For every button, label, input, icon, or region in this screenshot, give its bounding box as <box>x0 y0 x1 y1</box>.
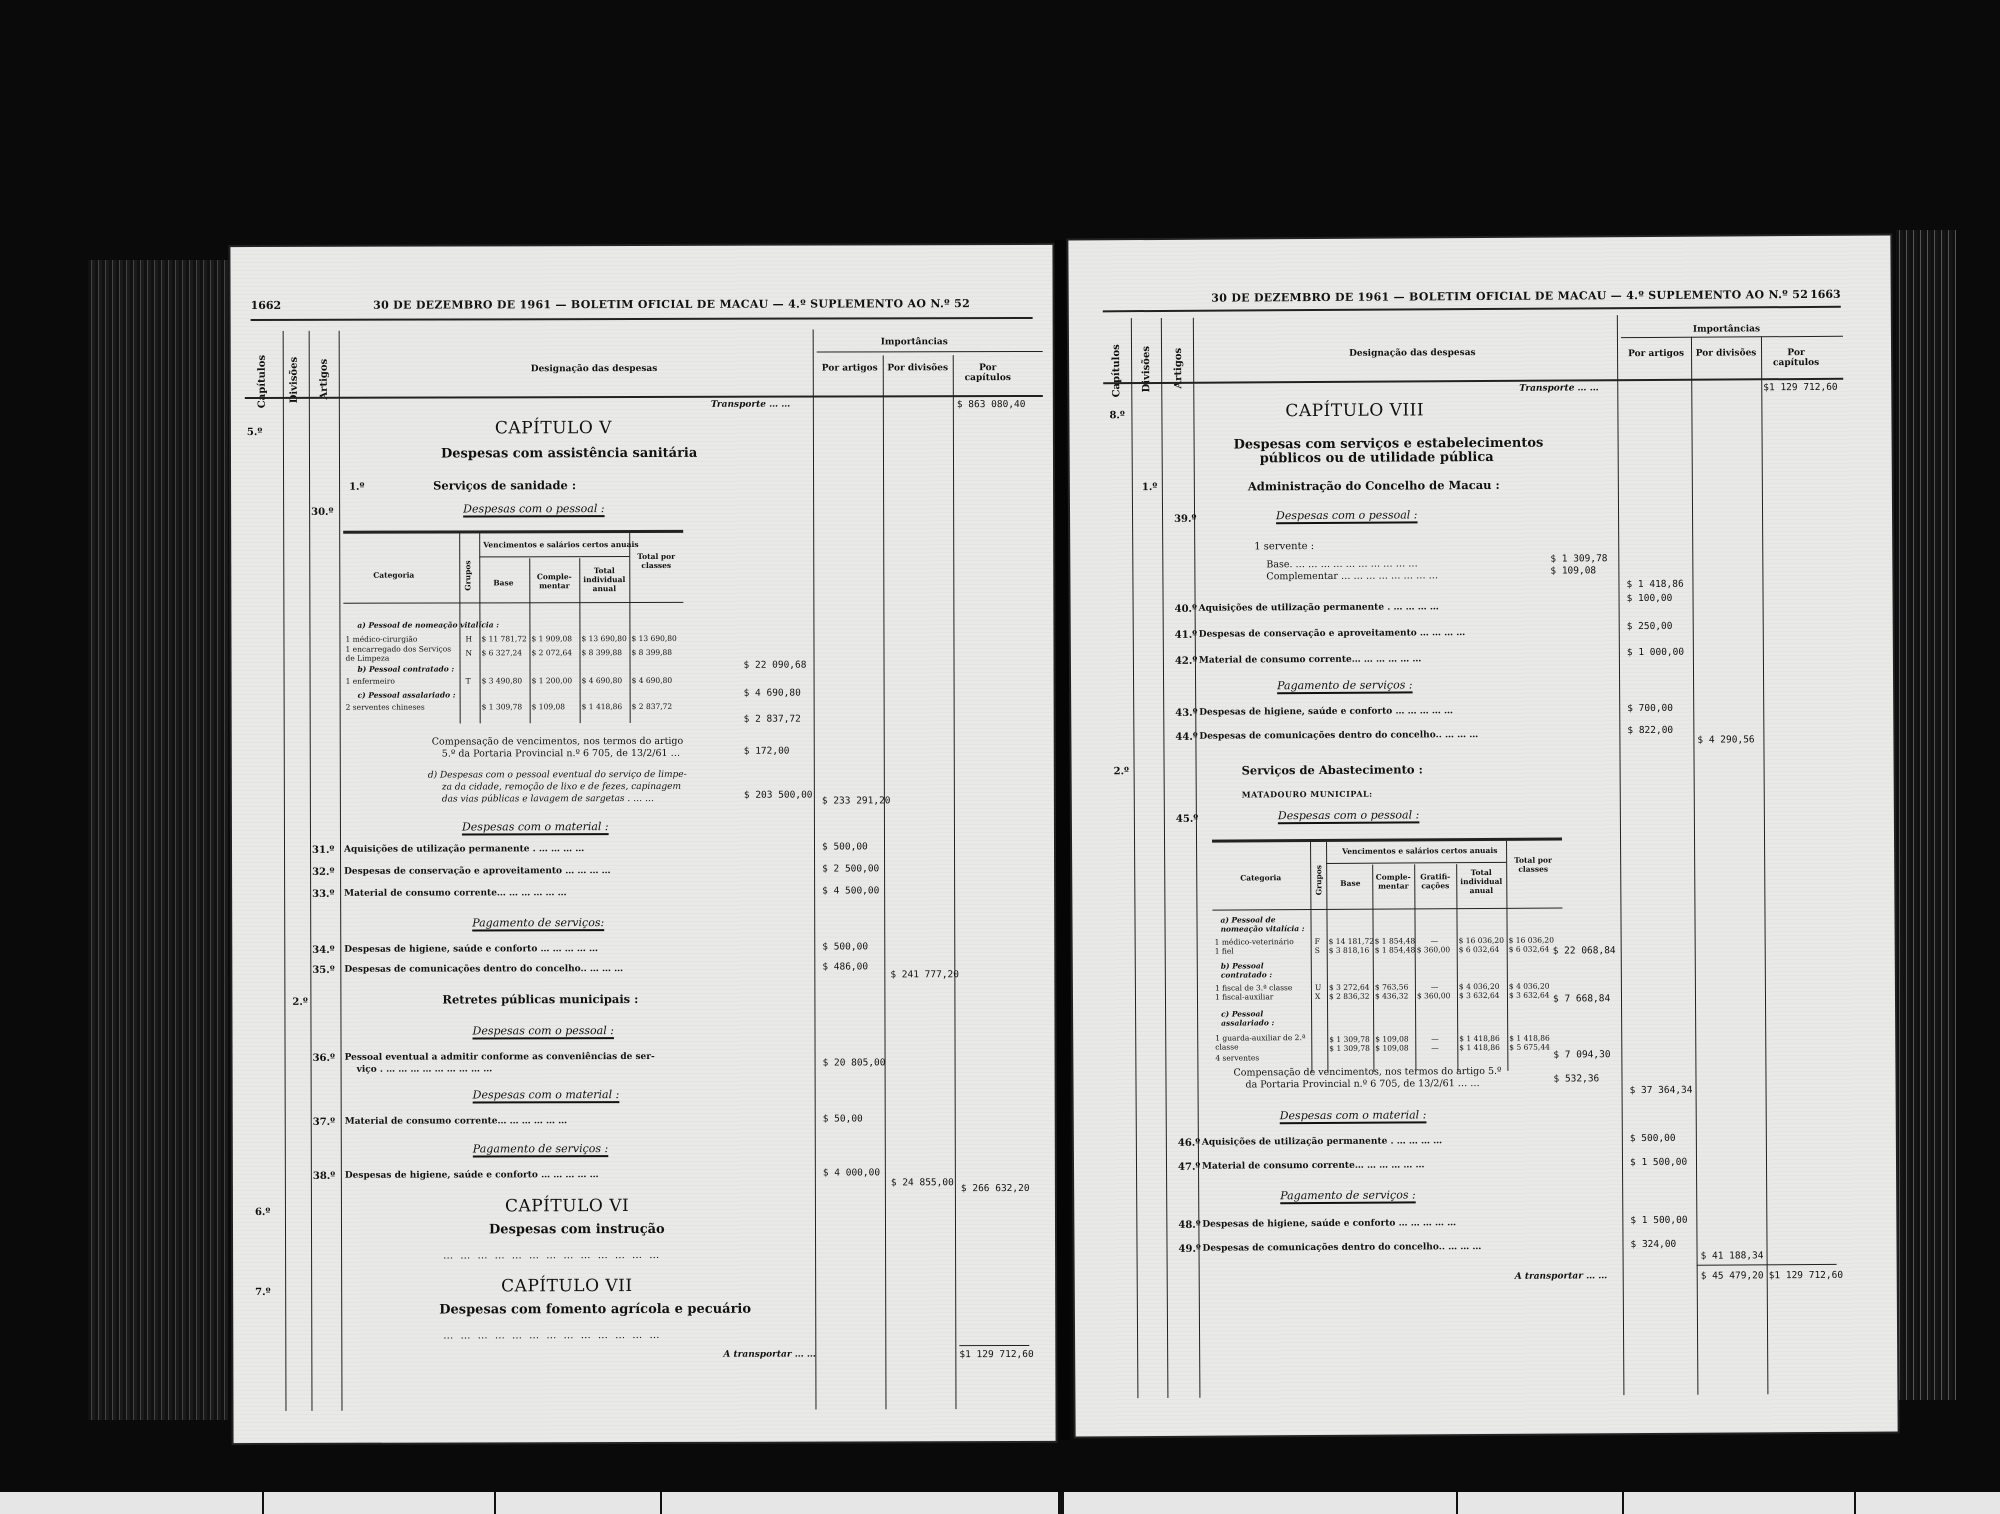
item-value: $ 203 500,00 <box>744 790 813 801</box>
filler-dots: … … … … … … … … … … … … … <box>443 1330 661 1342</box>
article-value: $ 700,00 <box>1627 703 1673 714</box>
column-line <box>1761 336 1769 1394</box>
book-page-edges-right <box>1896 230 1956 1400</box>
item-text: das vias públicas e lavagem de sargetas … <box>442 794 654 805</box>
table-cell: $ 3 632,64 <box>1459 991 1500 1000</box>
article-value: $ 500,00 <box>1630 1133 1676 1144</box>
article-value: $ 20 805,00 <box>823 1057 886 1068</box>
article-label: Aquisições de utilização permanente . … … <box>1199 602 1439 613</box>
chapter-title: CAPÍTULO V <box>495 418 612 438</box>
table-cell: $ 14 181,72 <box>1329 937 1374 946</box>
item-text: Complementar … … … … … … … … <box>1266 570 1438 582</box>
divider <box>1103 378 1843 384</box>
article-label: Despesas de comunicações dentro do conce… <box>344 964 623 975</box>
table-cell: $ 1 418,86 <box>1459 1043 1500 1052</box>
col-header-por-capitulos: Por capítulos <box>957 363 1019 383</box>
table-cell: S <box>1315 946 1320 955</box>
table-header: Total individual anual <box>581 566 627 593</box>
table-cell: $ 1 854,48 <box>1375 936 1416 945</box>
subdivision-title: MATADOURO MUNICIPAL: <box>1242 789 1373 800</box>
article-number: 47.º <box>1178 1162 1200 1173</box>
table-section-label: b) Pessoal contratado : <box>358 664 455 673</box>
section-label: Despesas com o pessoal : <box>463 502 604 515</box>
table-header: Total por classes <box>633 552 679 570</box>
division-total: $ 24 855,00 <box>891 1177 954 1188</box>
carry-forward-label: A transportar … … <box>1515 1271 1608 1282</box>
compensation-value: $ 172,00 <box>744 746 790 757</box>
article-label: Material de consumo corrente… … … … … … <box>1202 1160 1425 1171</box>
article-number: 46.º <box>1178 1138 1200 1149</box>
carry-forward-label: A transportar … … <box>723 1350 816 1360</box>
article-number: 31.º <box>312 845 334 856</box>
table-cell: $ 3 818,16 <box>1329 946 1370 955</box>
table-header: Categoria <box>1240 873 1281 882</box>
table-cell: 1 médico-veterinário <box>1215 937 1294 946</box>
column-line <box>1193 318 1201 1398</box>
table-cell: $ 6 032,64 <box>1459 945 1500 954</box>
chapter-number: 8.º <box>1109 410 1125 421</box>
table-cell: $ 763,56 <box>1375 982 1408 991</box>
article-value: $ 500,00 <box>822 841 868 852</box>
table-cell: 1 guarda-auxiliar de 2.ª classe <box>1215 1033 1309 1052</box>
subtotal: $ 22 090,68 <box>744 660 807 671</box>
compensation-value: $ 532,36 <box>1553 1073 1599 1084</box>
chapter-number: 5.º <box>247 427 262 438</box>
table-header: Base <box>1340 879 1360 888</box>
article-label: Aquisições de utilização permanente . … … <box>344 844 584 855</box>
article-number: 45.º <box>1176 814 1198 825</box>
subtotal: $ 4 690,80 <box>744 688 801 699</box>
item-text: za da cidade, remoção de lixo e de fezes… <box>442 782 681 793</box>
table-cell: H <box>465 634 472 643</box>
chapter-subtitle: públicos ou de utilidade pública <box>1260 450 1494 466</box>
division-title: Serviços de sanidade : <box>433 478 576 492</box>
chapter-total: $ 266 632,20 <box>961 1183 1030 1194</box>
chapter-subtitle: Despesas com instrução <box>489 1222 665 1237</box>
subtotal: $ 7 668,84 <box>1553 993 1610 1004</box>
table-cell: $ 1 909,08 <box>531 634 572 643</box>
carry-forward-value: $1 129 712,60 <box>1769 1270 1843 1281</box>
article-label: Material de consumo corrente… … … … … … <box>344 888 566 899</box>
table-cell: $ 1 854,48 <box>1375 945 1416 954</box>
table-cell: $ 1 418,86 <box>1509 1034 1550 1043</box>
column-line <box>339 331 343 1411</box>
table-cell: $ 109,08 <box>1375 1043 1408 1052</box>
table-cell: 1 encarregado dos Serviços de Limpeza <box>345 644 457 662</box>
chapter-number: 7.º <box>255 1287 270 1298</box>
article-number: 32.º <box>312 867 334 878</box>
article-number: 40.º <box>1175 604 1197 615</box>
table-cell: $ 360,00 <box>1417 945 1450 954</box>
table-header: Grupos <box>463 560 472 590</box>
article-value: $ 4 000,00 <box>823 1167 880 1178</box>
chapter-title: CAPÍTULO VII <box>501 1276 633 1296</box>
column-line <box>1161 318 1169 1398</box>
divider <box>251 317 1033 321</box>
table-cell: N <box>465 648 472 657</box>
table-header: Total por classes <box>1508 856 1558 874</box>
table-header: Comple-mentar <box>531 572 577 590</box>
item-text: Base. … … … … … … … … … … <box>1266 558 1417 570</box>
table-cell: $ 1 418,86 <box>582 702 623 711</box>
article-value: $ 1 000,00 <box>1627 647 1684 658</box>
column-line <box>953 355 957 1409</box>
article-number: 34.º <box>312 945 334 956</box>
article-number: 39.º <box>1174 514 1196 525</box>
chapter-subtitle: Despesas com assistência sanitária <box>441 446 697 462</box>
divider <box>817 351 1043 353</box>
article-total: $ 233 291,20 <box>822 795 891 806</box>
article-label: Despesas de comunicações dentro do conce… <box>1202 1242 1481 1254</box>
table-cell: $ 3 490,80 <box>482 676 523 685</box>
table-cell: $ 6 327,24 <box>481 648 522 657</box>
article-number: 41.º <box>1175 630 1197 641</box>
table-header: Total individual anual <box>1458 868 1504 895</box>
col-header-divisoes: Divisões <box>1141 346 1152 392</box>
table-cell: $ 1 309,78 <box>1329 1035 1370 1044</box>
left-page: 1662 30 DE DEZEMBRO DE 1961 — BOLETIM OF… <box>230 245 1055 1443</box>
article-number: 37.º <box>313 1117 335 1128</box>
article-value: $ 4 500,00 <box>822 885 879 896</box>
article-value: $ 100,00 <box>1627 593 1673 604</box>
table-cell: — <box>1431 1043 1439 1052</box>
col-header-por-artigos: Por artigos <box>819 363 881 373</box>
article-value: $ 486,00 <box>822 961 868 972</box>
article-number: 30.º <box>311 507 333 518</box>
table-cell: $ 2 072,64 <box>531 648 572 657</box>
article-value: $ 50,00 <box>823 1113 863 1124</box>
salary-table: Vencimentos e salários certos anuais Cat… <box>1212 838 1563 1076</box>
col-header-importancias: Importâncias <box>881 337 948 347</box>
table-cell: F <box>1315 937 1320 946</box>
article-label: Pessoal eventual a admitir conforme as c… <box>345 1052 655 1063</box>
table-cell: $ 2 837,72 <box>632 702 673 711</box>
table-section-label: c) Pessoal assalariado : <box>358 690 456 699</box>
table-cell: — <box>1431 982 1439 991</box>
divider <box>1621 336 1843 338</box>
compensation-text: Compensação de vencimentos, nos termos d… <box>1233 1066 1501 1079</box>
col-header-importancias: Importâncias <box>1693 324 1760 334</box>
article-value: $ 1 418,86 <box>1626 579 1683 590</box>
article-number: 49.º <box>1178 1244 1200 1255</box>
division-total: $ 241 777,20 <box>890 969 959 980</box>
table-section-label: b) Pessoal contratado : <box>1221 961 1309 980</box>
table-cell: 1 enfermeiro <box>346 677 395 686</box>
table-cell: 1 fiscal de 3.ª classe <box>1215 983 1292 992</box>
column-line <box>883 355 887 1409</box>
table-section-label: a) Pessoal de nomeação vitalícia : <box>357 620 499 629</box>
article-value: $ 822,00 <box>1627 725 1673 736</box>
article-number: 43.º <box>1175 708 1197 719</box>
table-group-header: Vencimentos e salários certos anuais <box>483 540 638 549</box>
chapter-title: CAPÍTULO VIII <box>1285 400 1424 421</box>
table-cell: $ 1 309,78 <box>1329 1044 1370 1053</box>
table-cell: 1 médico-cirurgião <box>345 635 417 644</box>
table-cell: $ 1 309,78 <box>482 702 523 711</box>
transporte-value: $ 863 080,40 <box>957 399 1026 410</box>
chapter-number: 6.º <box>255 1207 270 1218</box>
divider <box>245 395 1043 399</box>
section-label: Despesas com o material : <box>1280 1108 1427 1122</box>
section-label: Despesas com o material : <box>473 1088 620 1101</box>
col-header-designacao: Designação das despesas <box>531 364 658 374</box>
column-line <box>1691 337 1699 1395</box>
article-label: Despesas de higiene, saúde e conforto … … <box>1199 706 1453 718</box>
article-value: $ 1 500,00 <box>1630 1215 1687 1226</box>
table-cell: — <box>1431 936 1439 945</box>
article-label: Material de consumo corrente… … … … … … <box>345 1116 567 1127</box>
book-spine <box>1054 240 1070 1440</box>
table-cell: $ 1 418,86 <box>1459 1034 1500 1043</box>
table-cell: $ 11 781,72 <box>481 634 526 643</box>
article-label: Despesas de higiene, saúde e conforto … … <box>345 1170 599 1181</box>
table-section-label: c) Pessoal assalariado : <box>1221 1009 1309 1028</box>
article-label: Aquisições de utilização permanente . … … <box>1202 1136 1442 1147</box>
article-number: 33.º <box>312 889 334 900</box>
article-label: Despesas de comunicações dentro do conce… <box>1199 730 1478 742</box>
col-header-capitulos: Capítulos <box>257 355 268 408</box>
carry-forward-value: $1 129 712,60 <box>959 1349 1033 1360</box>
subtotal: $ 22 068,84 <box>1553 945 1616 956</box>
division-number: 1.º <box>349 482 364 493</box>
article-number: 35.º <box>312 965 334 976</box>
table-cell: X <box>1315 992 1320 1001</box>
article-label: Despesas de conservação e aproveitamento… <box>1199 628 1466 640</box>
table-cell: $ 16 036,20 <box>1459 936 1504 945</box>
compensation-text: 5.º da Portaria Provincial n.º 6 705, de… <box>442 748 680 760</box>
section-label: Despesas com o pessoal : <box>472 1024 613 1037</box>
division-title: Administração do Concelho de Macau : <box>1248 478 1500 494</box>
table-cell: $ 2 836,32 <box>1329 992 1370 1001</box>
scan-ruler <box>0 1492 2000 1514</box>
table-cell: $ 436,32 <box>1375 991 1408 1000</box>
division-title: Retretes públicas municipais : <box>442 992 638 1007</box>
article-label: Despesas de higiene, saúde e conforto … … <box>344 944 598 955</box>
table-cell: $ 4 690,80 <box>582 676 623 685</box>
col-header-designacao: Designação das despesas <box>1349 348 1476 359</box>
page-header: 30 DE DEZEMBRO DE 1961 — BOLETIM OFICIAL… <box>1159 288 1861 305</box>
table-cell: $ 3 632,64 <box>1509 991 1550 1000</box>
article-number: 38.º <box>313 1171 335 1182</box>
filler-dots: … … … … … … … … … … … … … <box>443 1250 661 1262</box>
table-cell: $ 13 690,80 <box>631 634 676 643</box>
section-label: Pagamento de serviços : <box>473 1142 609 1155</box>
table-cell: $ 360,00 <box>1417 991 1450 1000</box>
table-cell: $ 109,08 <box>532 702 565 711</box>
division-total: $ 41 188,34 <box>1701 1250 1764 1261</box>
table-header: Comple-mentar <box>1374 872 1412 890</box>
article-label: viço . … … … … … … … … … <box>357 1064 493 1074</box>
page-header: 30 DE DEZEMBRO DE 1961 — BOLETIM OFICIAL… <box>321 297 1023 312</box>
transporte-label: Transporte … … <box>1519 383 1598 393</box>
table-cell: $ 8 399,88 <box>581 648 622 657</box>
column-line <box>283 331 287 1411</box>
col-header-artigos: Artigos <box>319 359 330 400</box>
article-number: 44.º <box>1175 732 1197 743</box>
chapter-title: CAPÍTULO VI <box>505 1196 629 1216</box>
article-label: Despesas de conservação e aproveitamento… <box>344 866 611 877</box>
table-cell: U <box>1315 983 1321 992</box>
table-cell: 1 fiel <box>1215 947 1234 956</box>
table-header: Gratifi-cações <box>1416 872 1454 890</box>
section-label: Pagamento de serviços: <box>472 916 604 929</box>
division-number: 2.º <box>1114 766 1130 777</box>
section-label: Despesas com o material : <box>462 820 609 833</box>
section-label: Despesas com o pessoal : <box>1278 808 1420 822</box>
subtotal: $ 7 094,30 <box>1553 1049 1610 1060</box>
book-page-edges-left <box>88 260 228 1420</box>
table-section-label: a) Pessoal de nomeação vitalícia : <box>1220 915 1308 934</box>
table-cell: $ 4 690,80 <box>632 676 673 685</box>
table-cell: $ 4 036,20 <box>1509 982 1550 991</box>
table-cell: $ 6 032,64 <box>1509 945 1550 954</box>
table-cell: $ 13 690,80 <box>581 634 626 643</box>
table-cell: $ 109,08 <box>1375 1034 1408 1043</box>
table-cell: T <box>466 676 471 685</box>
article-value: $ 324,00 <box>1630 1239 1676 1250</box>
item-value: $ 109,08 <box>1550 565 1596 576</box>
col-header-capitulos: Capítulos <box>1111 344 1122 397</box>
division-total: $ 4 290,56 <box>1697 734 1754 745</box>
article-label: Material de consumo corrente… … … … … … <box>1199 654 1422 665</box>
table-header: Categoria <box>373 571 414 580</box>
table-cell: 1 fiscal-auxiliar <box>1215 992 1273 1001</box>
article-total: $ 37 364,34 <box>1630 1085 1693 1096</box>
section-label: Despesas com o pessoal : <box>1276 508 1418 522</box>
table-header: Grupos <box>1314 865 1323 895</box>
page-number: 1662 <box>251 299 282 312</box>
item-text: 1 servente : <box>1254 541 1314 552</box>
article-label: Despesas de higiene, saúde e conforto … … <box>1202 1218 1456 1230</box>
table-group-header: Vencimentos e salários certos anuais <box>1342 846 1497 856</box>
table-cell: 2 serventes chineses <box>346 703 425 712</box>
table-cell: $ 8 399,88 <box>631 648 672 657</box>
col-header-por-artigos: Por artigos <box>1625 349 1687 359</box>
item-value: $ 1 309,78 <box>1550 553 1607 564</box>
article-value: $ 1 500,00 <box>1630 1157 1687 1168</box>
section-label: Pagamento de serviços : <box>1280 1188 1416 1202</box>
divider <box>1103 306 1841 312</box>
table-cell: $ 5 675,44 <box>1509 1043 1550 1052</box>
table-cell: — <box>1431 1034 1439 1043</box>
table-cell: $ 3 272,64 <box>1329 983 1370 992</box>
subtotal: $ 2 837,72 <box>744 714 801 725</box>
transporte-value: $1 129 712,60 <box>1763 382 1837 393</box>
division-title: Serviços de Abastecimento : <box>1242 762 1423 777</box>
article-value: $ 250,00 <box>1627 621 1673 632</box>
col-header-por-divisoes: Por divisões <box>1695 348 1757 358</box>
compensation-text: da Portaria Provincial n.º 6 705, de 13/… <box>1245 1078 1479 1090</box>
column-line <box>1131 318 1139 1398</box>
article-number: 42.º <box>1175 656 1197 667</box>
table-cell: $ 16 036,20 <box>1509 936 1554 945</box>
chapter-subtitle: Despesas com fomento agrícola e pecuário <box>439 1302 751 1318</box>
col-header-por-divisoes: Por divisões <box>887 363 949 373</box>
article-value: $ 2 500,00 <box>822 863 879 874</box>
item-text: d) Despesas com o pessoal eventual do se… <box>428 770 687 781</box>
table-cell: $ 4 036,20 <box>1459 982 1500 991</box>
col-header-por-capitulos: Por capítulos <box>1765 348 1827 368</box>
salary-table: Vencimentos e salários certos anuais Cat… <box>343 530 684 731</box>
table-cell: 4 serventes <box>1215 1053 1259 1062</box>
division-number: 2.º <box>292 997 307 1008</box>
table-cell: $ 1 200,00 <box>532 676 573 685</box>
compensation-text: Compensação de vencimentos, nos termos d… <box>432 736 684 748</box>
article-number: 36.º <box>313 1053 335 1064</box>
divider <box>959 1345 1029 1346</box>
article-number: 48.º <box>1178 1220 1200 1231</box>
column-line <box>813 330 817 1410</box>
carry-forward-divisoes: $ 45 479,20 <box>1701 1270 1764 1281</box>
right-page: 30 DE DEZEMBRO DE 1961 — BOLETIM OFICIAL… <box>1068 236 1897 1437</box>
article-value: $ 500,00 <box>822 941 868 952</box>
division-number: 1.º <box>1142 482 1158 493</box>
column-line <box>1617 315 1625 1395</box>
transporte-label: Transporte … … <box>711 400 790 410</box>
page-number: 1663 <box>1810 288 1841 301</box>
section-label: Pagamento de serviços : <box>1277 678 1413 692</box>
table-header: Base <box>493 578 513 587</box>
